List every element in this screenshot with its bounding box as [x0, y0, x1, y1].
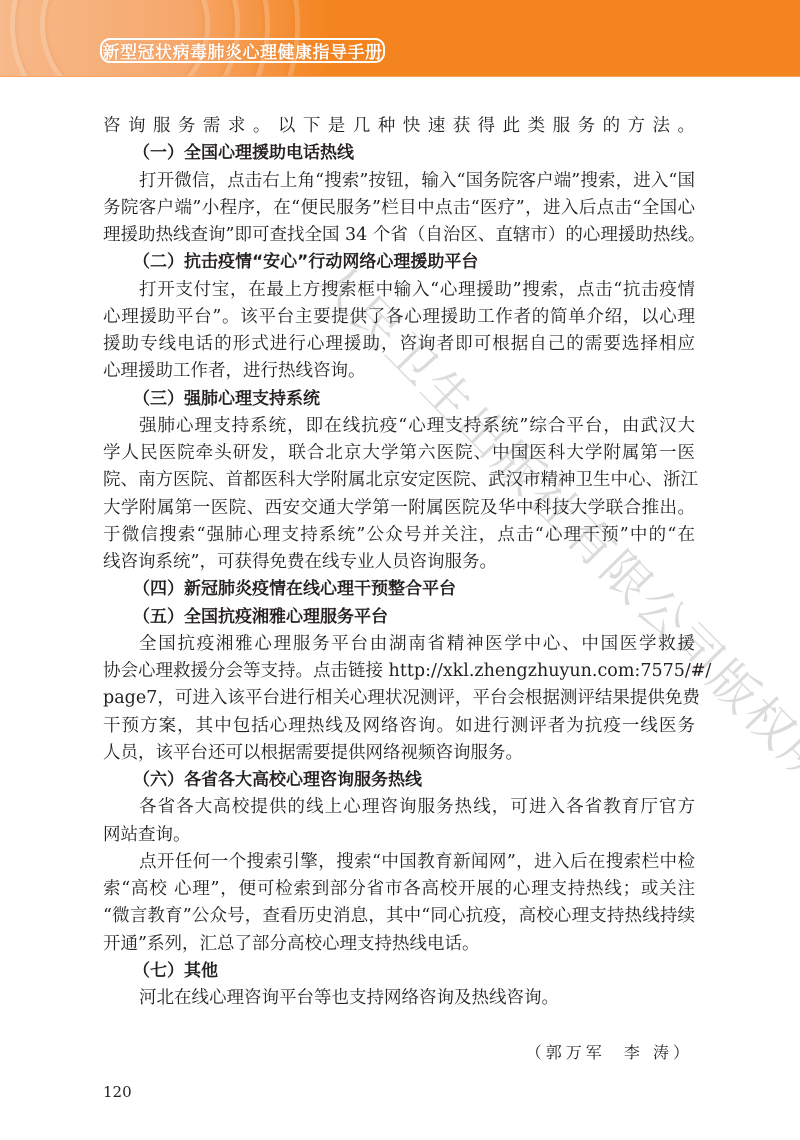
section-heading: （一）全国心理援助电话热线: [103, 140, 695, 167]
paragraph-line: 大学附属第一医院、西安交通大学第一附属医院及华中科技大学联合推出。: [103, 495, 695, 522]
paragraph-line: 打开微信，点击右上角“搜索”按钮，输入“国务院客户端”搜索，进入“国: [103, 168, 695, 195]
paragraph-line: 全国抗疫湘雅心理服务平台由湖南省精神医学中心、中国医学救援: [103, 631, 695, 658]
page-header-band: 新型冠状病毒肺炎心理健康指导手册: [0, 0, 800, 77]
section-heading: （七）其他: [103, 958, 695, 985]
paragraph-line: 于微信搜索“强肺心理支持系统”公众号并关注，点击“心理干预”中的“在: [103, 522, 695, 549]
book-title: 新型冠状病毒肺炎心理健康指导手册: [102, 40, 383, 61]
paragraph-line: 理援助热线查询”即可查找全国 34 个省（自治区、直辖市）的心理援助热线。: [103, 222, 695, 249]
paragraph-line: page7，可进入该平台进行相关心理状况测评，平台会根据测评结果提供免费: [103, 685, 695, 712]
paragraph-line: 索“高校 心理”，便可检索到部分省市各高校开展的心理支持热线；或关注: [103, 876, 695, 903]
paragraph-line-with-link: 协会心理救援分会等支持。点击链接 http://xkl.zhengzhuyun.…: [103, 658, 695, 685]
paragraph-line: “微言教育”公众号，查看历史消息，其中“同心抗疫，高校心理支持热线持续: [103, 903, 695, 930]
paragraph-line: 院、南方医院、首都医科大学附属北京安定医院、武汉市精神卫生中心、浙江: [103, 467, 695, 494]
paragraph-line: 点开任何一个搜索引擎，搜索“中国教育新闻网”，进入后在搜索栏中检: [103, 849, 695, 876]
paragraph-line: 心理援助工作者，进行热线咨询。: [103, 358, 695, 385]
paragraph-line: 学人民医院牵头研发，联合北京大学第六医院、中国医科大学附属第一医: [103, 440, 695, 467]
paragraph-line: 河北在线心理咨询平台等也支持网络咨询及热线咨询。: [103, 985, 695, 1012]
paragraph-line: 援助专线电话的形式进行心理援助，咨询者即可根据自己的需要选择相应: [103, 331, 695, 358]
intro-line: 咨询服务需求。以下是几种快速获得此类服务的方法。: [103, 113, 695, 140]
section-heading: （六）各省各大高校心理咨询服务热线: [103, 767, 695, 794]
page-body: 咨询服务需求。以下是几种快速获得此类服务的方法。 （一）全国心理援助电话热线 打…: [103, 113, 695, 1012]
paragraph-line: 干预方案，其中包括心理热线及网络咨询。如进行测评者为抗疫一线医务: [103, 713, 695, 740]
section-heading: （四）新冠肺炎疫情在线心理干预整合平台: [103, 576, 695, 603]
paragraph-line: 各省各大高校提供的线上心理咨询服务热线，可进入各省教育厅官方: [103, 794, 695, 821]
book-title-pill: 新型冠状病毒肺炎心理健康指导手册: [100, 38, 385, 63]
paragraph-line: 务院客户端”小程序，在“便民服务”栏目中点击“医疗”，进入后点击“全国心: [103, 195, 695, 222]
section-heading: （三）强肺心理支持系统: [103, 386, 695, 413]
author-credit: （郭万军 李 涛）: [526, 1040, 693, 1063]
paragraph-line: 人员，该平台还可以根据需要提供网络视频咨询服务。: [103, 740, 695, 767]
section-heading: （五）全国抗疫湘雅心理服务平台: [103, 604, 695, 631]
paragraph-line: 开通”系列，汇总了部分高校心理支持热线电话。: [103, 931, 695, 958]
page-number: 120: [103, 1083, 132, 1101]
paragraph-line: 心理援助平台”。该平台主要提供了各心理援助工作者的简单介绍，以心理: [103, 304, 695, 331]
paragraph-line: 强肺心理支持系统，即在线抗疫“心理支持系统”综合平台，由武汉大: [103, 413, 695, 440]
paragraph-line: 打开支付宝，在最上方搜索框中输入“心理援助”搜索，点击“抗击疫情: [103, 277, 695, 304]
paragraph-line: 线咨询系统”，可获得免费在线专业人员咨询服务。: [103, 549, 695, 576]
section-heading: （二）抗击疫情“安心”行动网络心理援助平台: [103, 249, 695, 276]
header-divider: [0, 76, 800, 77]
paragraph-line: 网站查询。: [103, 822, 695, 849]
